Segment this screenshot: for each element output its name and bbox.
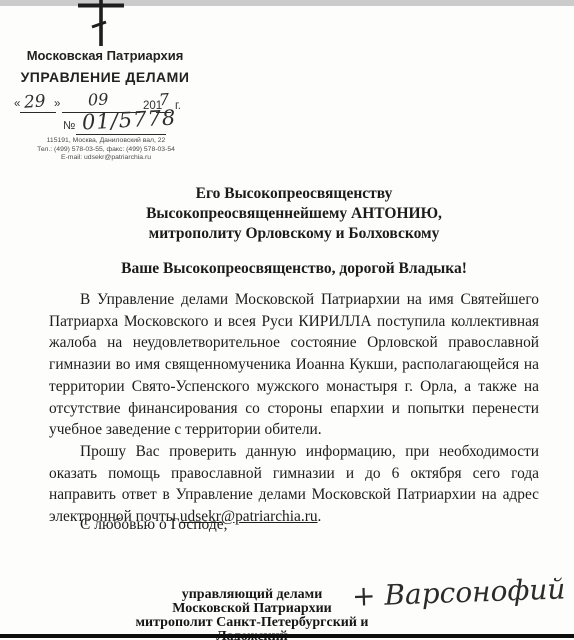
number-underline [76,134,166,135]
letter-body: В Управление делами Московской Патриархи… [49,289,539,528]
address-line-2: Тел.: (499) 578-03-55, факс: (499) 578-0… [8,146,204,155]
scan-edge-bottom [0,634,574,638]
date-year-suffix: г. [175,100,181,112]
date-open-quote: « [14,98,20,110]
date-close-quote: » [54,98,60,110]
salutation: Ваше Высокопреосвященство, дорогой Влады… [49,260,539,278]
address-line-1: 115191, Москва, Даниловский вал, 22 [8,137,204,146]
recipient-block: Его Высокопреосвященству Высокопреосвяще… [49,184,539,244]
closing-line: С любовью о Господе, [80,516,228,534]
body-paragraph-2: Прошу Вас проверить данную информацию, п… [49,441,539,528]
orthodox-cross-icon [76,0,126,46]
org-name: Московская Патриархия [0,48,210,63]
recipient-line-3: митрополиту Орловскому и Болховскому [49,224,539,244]
handwritten-signature: + Варсонофий [351,572,572,613]
number-handwritten: 01/5778 [81,106,176,135]
letterhead-address: 115191, Москва, Даниловский вал, 22 Тел.… [8,137,204,163]
address-line-3: E-mail: udsekr@patriarchia.ru [8,154,204,163]
body-paragraph-1: В Управление делами Московской Патриархи… [49,289,539,441]
date-month-handwritten: 09 [88,89,109,109]
number-label: № [63,120,75,132]
body-paragraph-2-period: . [318,508,322,525]
date-day-underline [20,112,56,113]
recipient-line-2: Высокопреосвященнейшему АНТОНИЮ, [49,204,539,224]
recipient-line-1: Его Высокопреосвященству [49,184,539,204]
date-day-handwritten: 29 [23,91,46,112]
org-department: УПРАВЛЕНИЕ ДЕЛАМИ [0,69,210,85]
scanned-letter-page: Московская Патриархия УПРАВЛЕНИЕ ДЕЛАМИ … [0,0,574,640]
